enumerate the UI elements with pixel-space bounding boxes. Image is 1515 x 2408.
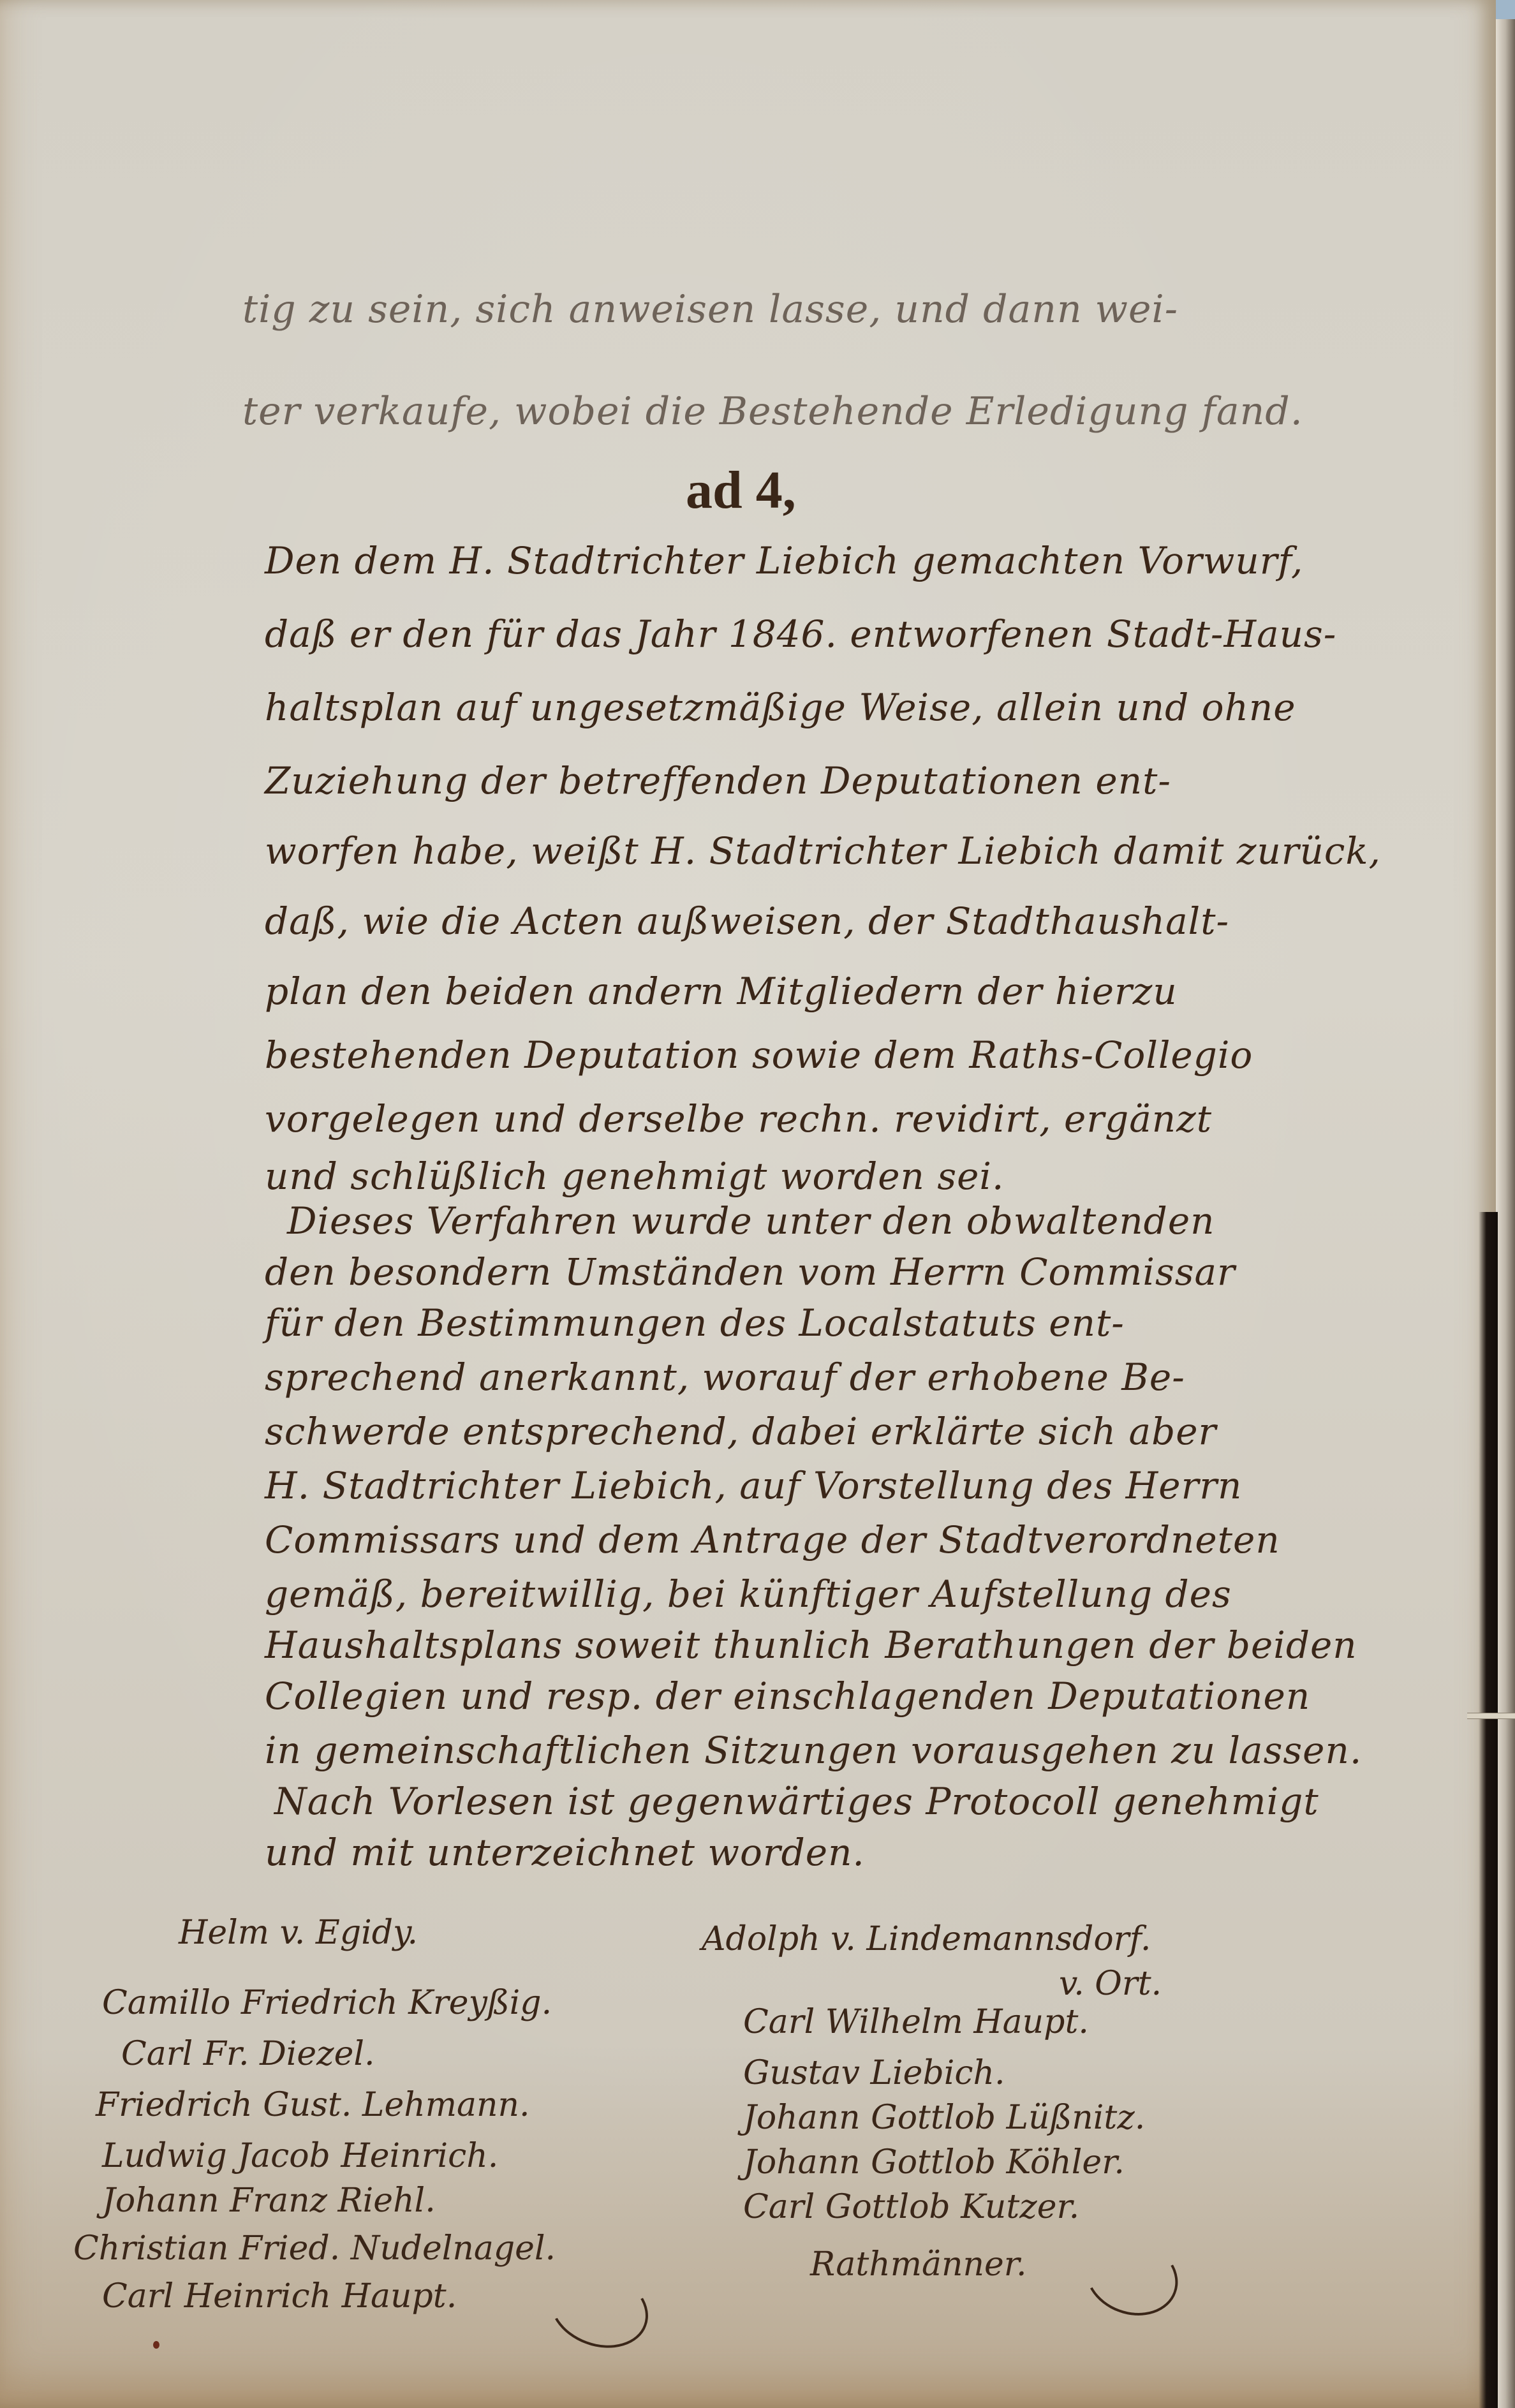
signature-right-7: Carl Gottlob Kutzer. [743, 2188, 1079, 2226]
text-line-20: gemäß, bereitwillig, bei künftiger Aufst… [265, 1572, 1232, 1616]
text-line-9: plan den beiden andern Mitgliedern der h… [265, 970, 1178, 1013]
document-page: tig zu sein, sich anweisen lasse, und da… [0, 0, 1496, 2408]
signature-right-8: Rathmänner. [810, 2245, 1026, 2284]
text-line-25: und mit unterzeichnet worden. [265, 1831, 865, 1874]
signature-flourish-right [1074, 2225, 1188, 2328]
text-line-19: Commissars und dem Antrage der Stadtvero… [265, 1518, 1280, 1562]
signature-right-6: Johann Gottlob Köhler. [743, 2143, 1125, 2182]
text-line-6: Zuziehung der betreffenden Deputationen … [265, 759, 1171, 802]
signature-right-2: v. Ort. [1059, 1965, 1162, 2003]
book-binding-gutter [1479, 1212, 1498, 2408]
ink-spot [153, 2341, 159, 2349]
signature-left-3: Carl Fr. Diezel. [121, 2035, 375, 2073]
signature-right-1: Adolph v. Lindemannsdorf. [702, 1920, 1151, 1958]
signature-left-2: Camillo Friedrich Kreyßig. [102, 1984, 552, 2022]
text-line-4: daß er den für das Jahr 1846. entworfene… [265, 612, 1336, 656]
text-line-3: Den dem H. Stadtrichter Liebich gemachte… [265, 539, 1303, 582]
text-line-16: sprechend anerkannt, worauf der erhobene… [265, 1355, 1185, 1399]
background-surface [1493, 0, 1515, 19]
text-line-15: für den Bestimmungen des Localstatuts en… [265, 1301, 1125, 1345]
text-line-23: in gemeinschaftlichen Sitzungen vorausge… [265, 1729, 1362, 1772]
text-line-22: Collegien und resp. der einschlagenden D… [265, 1674, 1310, 1718]
text-line-7: worfen habe, weißt H. Stadtrichter Liebi… [265, 829, 1381, 873]
binding-thread [1467, 1713, 1515, 1719]
text-line-14: den besondern Umständen vom Herrn Commis… [265, 1250, 1236, 1294]
signature-right-4: Gustav Liebich. [743, 2054, 1005, 2092]
text-line-17: schwerde entsprechend, dabei erklärte si… [265, 1410, 1216, 1453]
signature-left-1: Helm v. Egidy. [179, 1914, 418, 1952]
signature-left-6: Johann Franz Riehl. [102, 2182, 436, 2220]
signature-right-3: Carl Wilhelm Haupt. [743, 2003, 1089, 2041]
text-line-1: tig zu sein, sich anweisen lasse, und da… [242, 287, 1178, 332]
signature-left-8: Carl Heinrich Haupt. [102, 2277, 457, 2316]
text-line-5: haltsplan auf ungesetzmäßige Weise, alle… [265, 686, 1296, 729]
signature-flourish-left [539, 2256, 660, 2361]
signature-left-5: Ludwig Jacob Heinrich. [102, 2137, 498, 2175]
text-line-2: ter verkaufe, wobei die Bestehende Erled… [242, 389, 1303, 434]
signature-right-5: Johann Gottlob Lüßnitz. [743, 2099, 1145, 2137]
text-line-24: Nach Vorlesen ist gegenwärtiges Protocol… [274, 1780, 1319, 1823]
text-line-10: bestehenden Deputation sowie dem Raths-C… [265, 1033, 1253, 1077]
text-line-13: Dieses Verfahren wurde unter den obwalte… [287, 1199, 1215, 1243]
text-line-21: Haushaltsplans soweit thunlich Berathung… [265, 1623, 1357, 1667]
text-line-18: H. Stadtrichter Liebich, auf Vorstellung… [265, 1464, 1242, 1507]
signature-left-7: Christian Fried. Nudelnagel. [73, 2229, 556, 2268]
text-line-12: und schlüßlich genehmigt worden sei. [265, 1155, 1004, 1198]
text-line-8: daß, wie die Acten außweisen, der Stadth… [265, 899, 1229, 943]
text-line-11: vorgelegen und derselbe rechn. revidirt,… [265, 1097, 1212, 1141]
signature-left-4: Friedrich Gust. Lehmann. [96, 2086, 530, 2124]
section-heading: ad 4, [686, 459, 796, 521]
